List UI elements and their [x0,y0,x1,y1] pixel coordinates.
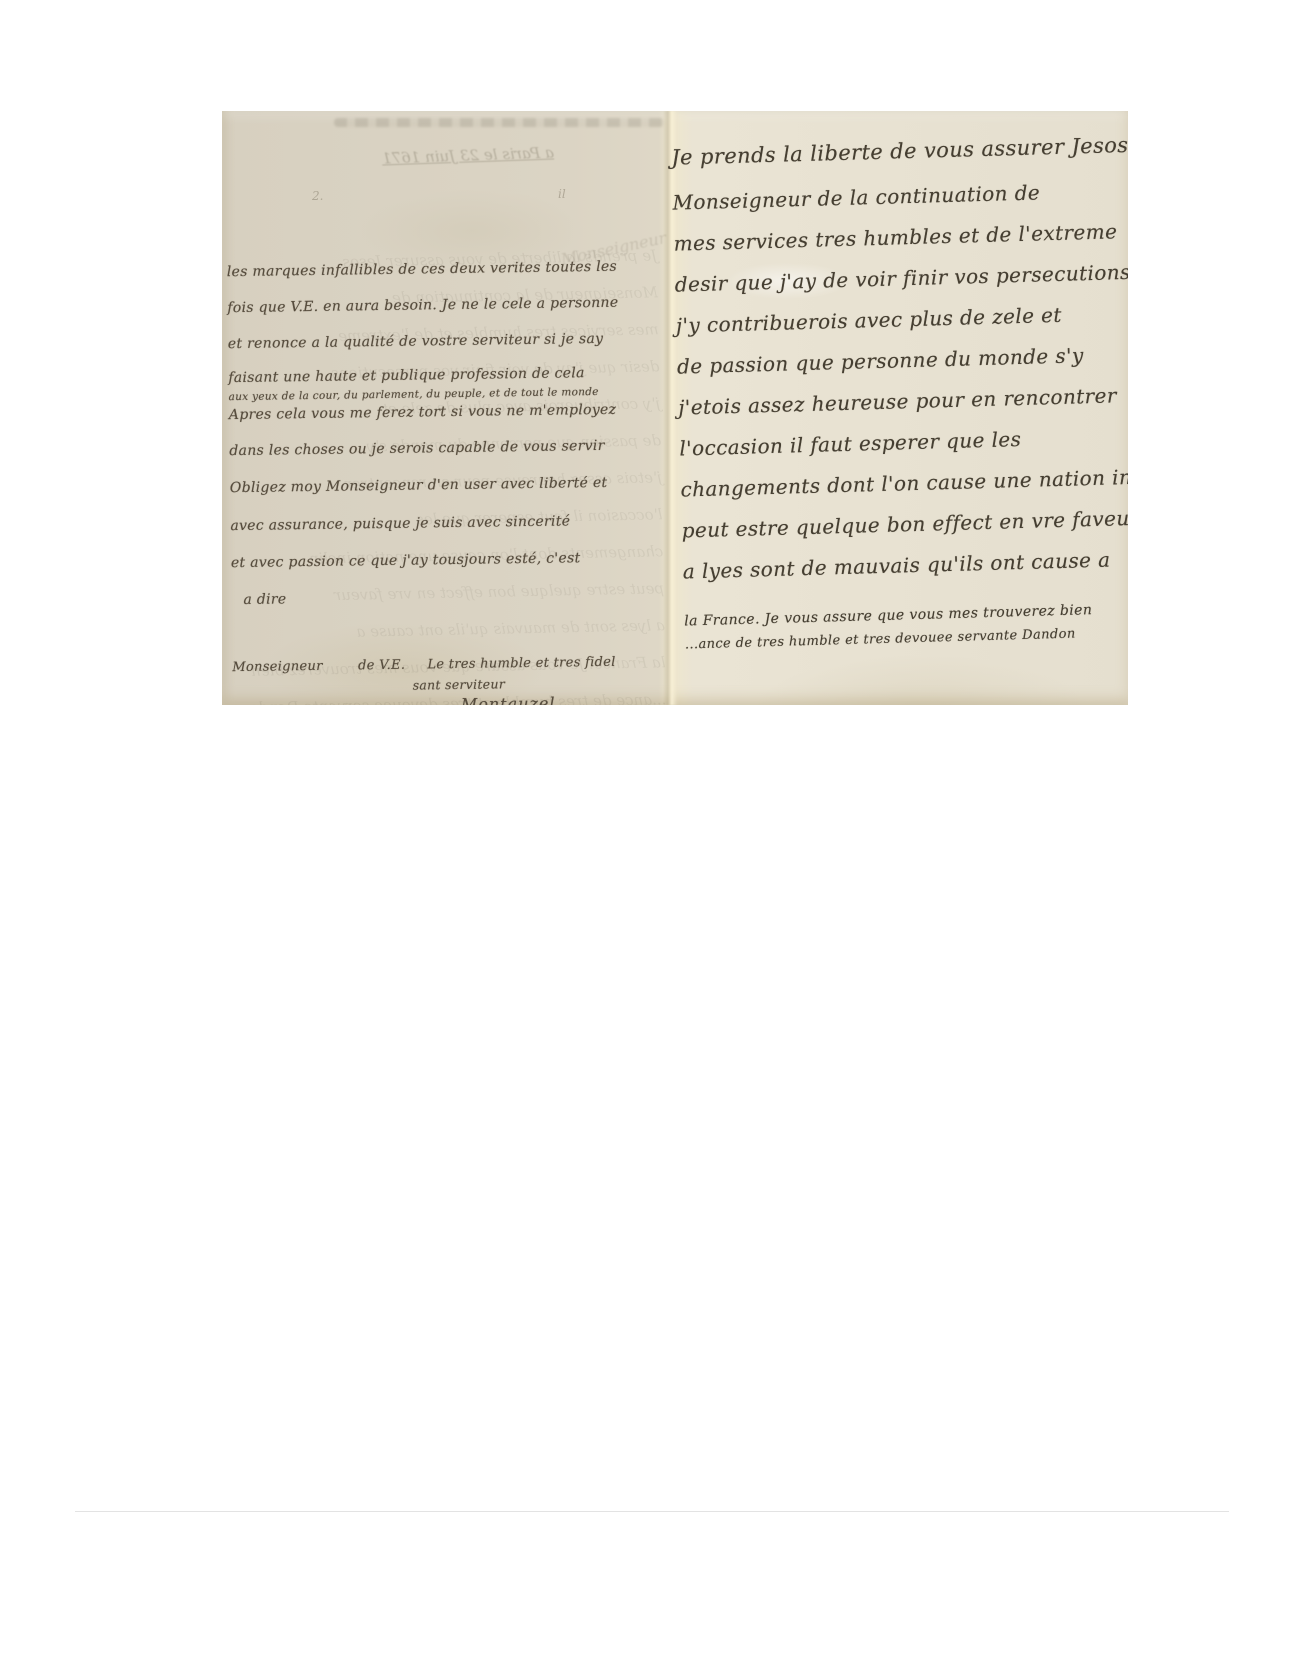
bleedthrough-mark: il [558,187,566,201]
manuscript-line: Obligez moy Monseigneur d'en user avec l… [230,474,678,518]
manuscript-line: Apres cela vous me ferez tort si vous ne… [229,401,677,443]
manuscript-line: avec assurance, puisque je suis avec sin… [230,512,678,555]
right-page-text: Je prends la liberte de vous assurer Jes… [671,133,1128,658]
manuscript-scan: a Paris le 23 Juin 1671 2. il Monseigneu… [222,111,1128,705]
left-page-text: les marques infallibles de ces deux veri… [227,258,682,705]
bleedthrough-mark: 2. [312,189,323,203]
manuscript-line: dans les choses ou je serois capable de … [229,437,677,480]
manuscript-line: fois que V.E. en aura besoin. Je ne le c… [227,294,675,336]
manuscript-line: les marques infallibles de ces deux veri… [227,258,675,300]
manuscript-line: et avec passion ce que j'ay tousjours es… [231,549,679,592]
page-footer-divider [75,1511,1229,1512]
manuscript-line: a dire [231,586,679,620]
bleedthrough-date-line: a Paris le 23 Juin 1671 [354,144,555,169]
archivist-pencil-note [334,118,664,127]
